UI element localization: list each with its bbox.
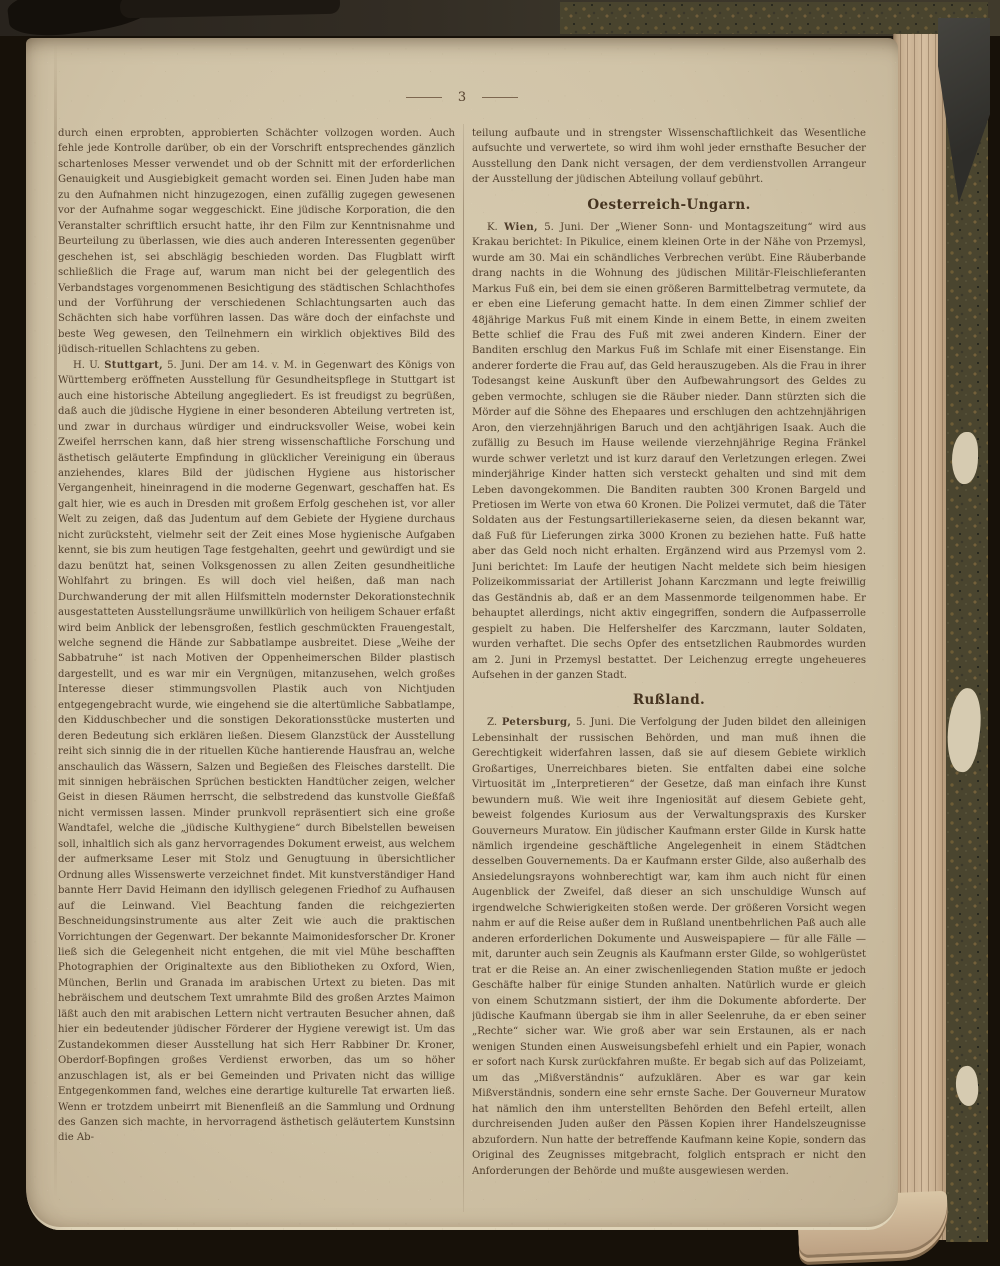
book-cover-right — [946, 18, 988, 1242]
book-scan: { "page_header": { "number": "3" }, "lef… — [0, 0, 1000, 1266]
section-heading-austria-hungary: Oesterreich-Ungarn. — [472, 197, 866, 214]
article-lead-city: Petersburg, — [502, 717, 571, 728]
header-rule-left — [406, 97, 442, 98]
book-cover-top — [0, 0, 1000, 36]
page-stack-edges — [893, 34, 946, 1240]
column-divider — [463, 124, 464, 1212]
article-lead-city: Stuttgart, — [104, 360, 163, 371]
article-body: Der am 14. v. M. in Gegenwart des Königs… — [58, 360, 455, 1144]
article-wien: K. Wien, 5. Juni. Der „Wiener Sonn- und … — [472, 220, 866, 684]
header-rule-right — [482, 97, 518, 98]
article-lead-date: 5. Juni. — [544, 222, 583, 233]
paragraph-continuation: teilung aufbaute und in strengster Wisse… — [472, 126, 866, 188]
article-lead-prefix: H. U. — [73, 360, 100, 371]
article-lead-prefix: Z. — [487, 717, 497, 728]
page-number: 3 — [458, 90, 466, 105]
marbled-cover-texture — [560, 2, 988, 34]
article-lead-city: Wien, — [504, 222, 538, 233]
article-lead-date: 5. Juni. — [167, 360, 204, 371]
page-header: 3 — [26, 90, 898, 105]
page-crease — [54, 42, 57, 1200]
column-left: durch einen erprobten, approbierten Schä… — [58, 126, 455, 1218]
article-stuttgart: H. U. Stuttgart, 5. Juni. Der am 14. v. … — [58, 358, 455, 1146]
paragraph-continuation: durch einen erprobten, approbierten Schä… — [58, 126, 455, 358]
section-heading-russia: Rußland. — [472, 692, 866, 709]
article-lead-date: 5. Juni. — [576, 717, 614, 728]
article-lead-prefix: K. — [487, 222, 498, 233]
article-body: Die Verfolgung der Juden bildet den alle… — [472, 717, 866, 1176]
article-petersburg: Z. Petersburg, 5. Juni. Die Verfolgung d… — [472, 715, 866, 1179]
spine-edge-shadow — [120, 0, 340, 18]
newspaper-page: 3 durch einen erprobten, approbierten Sc… — [26, 38, 898, 1230]
cover-wear-patch — [952, 432, 978, 484]
article-body: Der „Wiener Sonn- und Montagszeitung“ wi… — [472, 222, 866, 681]
column-right: teilung aufbaute und in strengster Wisse… — [472, 126, 866, 1218]
